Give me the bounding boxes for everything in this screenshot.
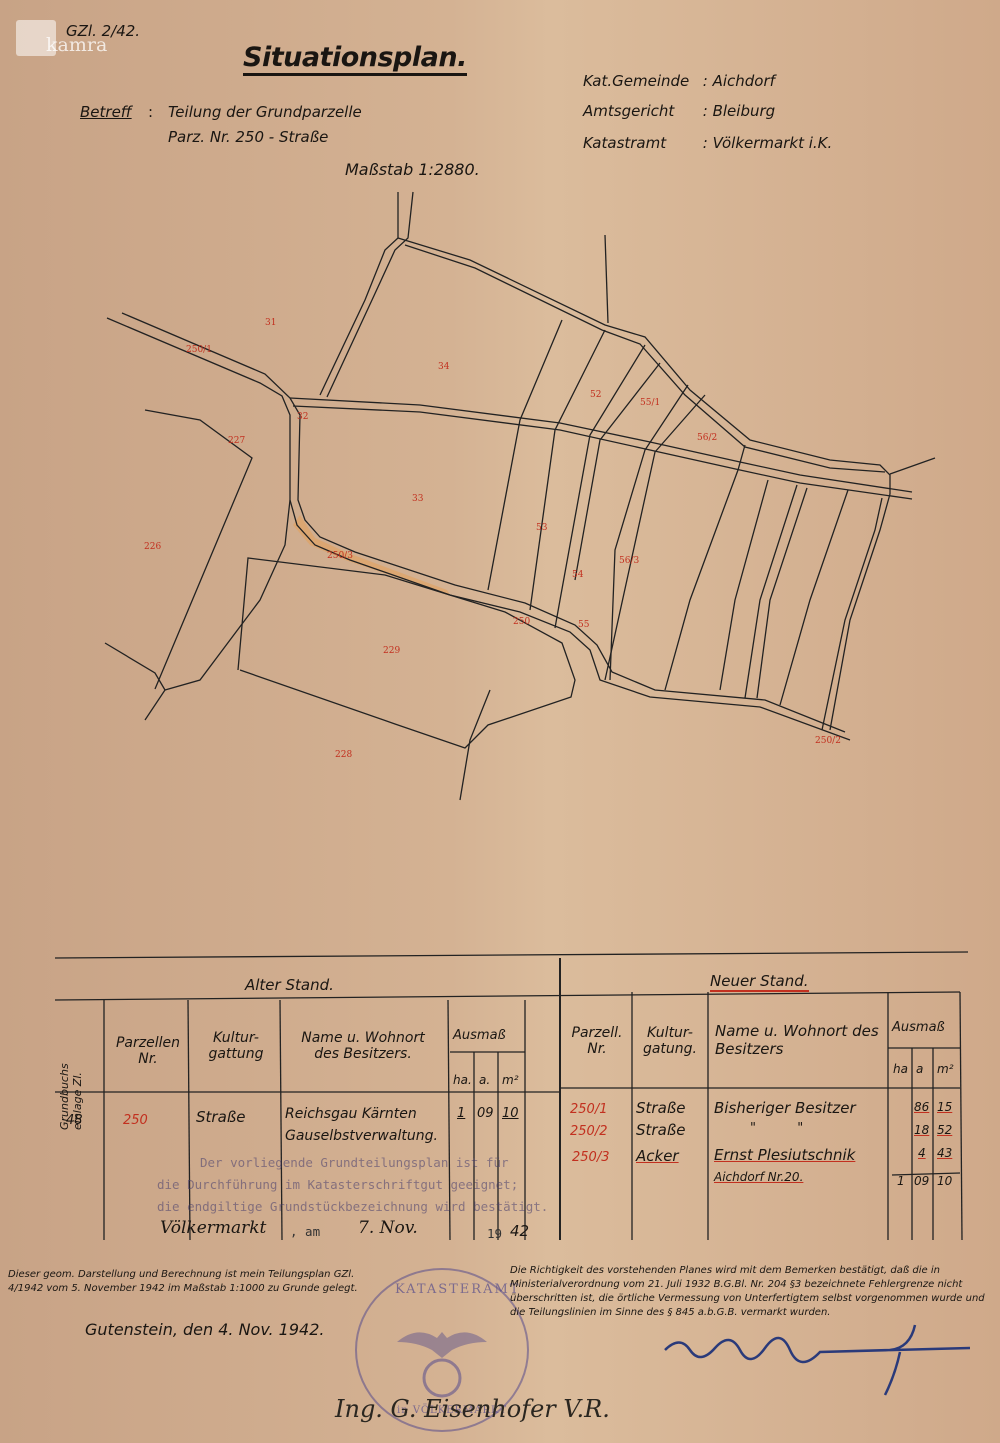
new-row-3-parzelle: 250/3 (572, 1150, 609, 1165)
parcel-label: 250 (513, 617, 530, 627)
right-footer-note: Die Richtigkeit des vorstehenden Planes … (510, 1264, 1000, 1320)
new-col-m2-header: m² (937, 1062, 954, 1076)
new-owner-address: Aichdorf Nr.20. (714, 1170, 803, 1184)
old-name-line2: Gauselbstverwaltung. (285, 1128, 438, 1144)
new-col-ha-header: ha (893, 1062, 908, 1076)
new-row-1-name: Bisheriger Besitzer (714, 1099, 856, 1117)
parcel-labels: 31250/134322275255/156/23322653250/356/3… (0, 0, 1000, 830)
stamp-date: 7. Nov. (358, 1218, 418, 1238)
new-row-1-m2: 15 (937, 1100, 952, 1114)
parcel-label: 250/3 (327, 551, 353, 561)
parcel-label: 54 (572, 570, 583, 580)
alter-stand-heading: Alter Stand. (245, 976, 334, 994)
parcel-label: 53 (536, 523, 547, 533)
parcel-label: 250/2 (815, 736, 841, 746)
stamp-year-prefix: 19 (487, 1226, 502, 1241)
parcel-label: 227 (228, 436, 245, 446)
new-col-kultur-header: Kultur- gatung. (636, 1025, 704, 1057)
col-a-header: a. (479, 1073, 490, 1087)
new-col-a-header: a (916, 1062, 923, 1076)
stamp-place: Völkermarkt (160, 1218, 266, 1238)
new-total-m2: 10 (937, 1174, 952, 1188)
parcel-label: 31 (265, 318, 276, 328)
left-place-date: Gutenstein, den 4. Nov. 1942. (85, 1320, 324, 1339)
parcel-label: 250/1 (186, 345, 212, 355)
stamp-line2: die Durchführung im Katasterschriftgut g… (157, 1177, 518, 1192)
new-col-parzelle-header: Parzell. Nr. (566, 1025, 628, 1057)
parcel-label: 228 (335, 750, 352, 760)
parcel-label: 32 (297, 412, 308, 422)
col-parzellen-header: Parzellen Nr. (112, 1035, 184, 1067)
new-total-a: 09 (914, 1174, 929, 1188)
new-row-3-kultur: Acker (636, 1147, 679, 1165)
new-row-3-a: 4 (918, 1146, 926, 1160)
new-row-2-m2: 52 (937, 1123, 952, 1137)
stamp-am: , am (290, 1224, 320, 1239)
old-kultur-value: Straße (196, 1108, 245, 1126)
stamp-line1: Der vorliegende Grundteilungsplan ist fü… (200, 1155, 509, 1170)
new-total-ha: 1 (897, 1174, 905, 1188)
new-row-3-name: Ernst Plesiutschnik (714, 1146, 855, 1164)
parcel-label: 56/3 (619, 556, 639, 566)
col-name-header: Name u. Wohnort des Besitzers. (288, 1030, 438, 1062)
col-ha-header: ha. (453, 1073, 472, 1087)
old-parzelle-value: 250 (123, 1113, 148, 1128)
stamp-line3: die endgiltige Grundstückbezeichnung wir… (157, 1199, 548, 1214)
new-row-1-kultur: Straße (636, 1099, 685, 1117)
new-row-3-m2: 43 (937, 1146, 952, 1160)
parcel-label: 55/1 (640, 398, 660, 408)
old-name-line1: Reichsgau Kärnten (285, 1106, 417, 1122)
col-ausmass-header: Ausmaß (453, 1028, 506, 1043)
new-row-2-kultur: Straße (636, 1121, 685, 1139)
old-grundbuch-value: 48 (66, 1113, 83, 1128)
parcel-label: 52 (590, 390, 601, 400)
new-col-ausmass-header: Ausmaß (892, 1020, 945, 1035)
signature-right (660, 1320, 980, 1400)
parcel-label: 34 (438, 362, 449, 372)
parcel-label: 226 (144, 542, 161, 552)
new-row-2-a: 18 (914, 1123, 929, 1137)
signature-left: Ing. G. Eisenhofer V.R. (335, 1395, 610, 1423)
parcel-label: 33 (412, 494, 423, 504)
left-footer-note: Dieser geom. Darstellung und Berechnung … (8, 1268, 380, 1296)
stamp-year-suffix: 42 (510, 1222, 529, 1240)
new-row-1-a: 86 (914, 1100, 929, 1114)
parcel-label: 56/2 (697, 433, 717, 443)
new-row-1-parzelle: 250/1 (570, 1102, 607, 1117)
old-ha-value: 1 (457, 1106, 465, 1121)
old-a-value: 09 (477, 1106, 494, 1121)
old-m2-value: 10 (502, 1106, 519, 1121)
col-kultur-header: Kultur- gattung (196, 1030, 276, 1062)
neuer-stand-heading: Neuer Stand. (710, 972, 809, 992)
parcel-label: 229 (383, 646, 400, 656)
col-m2-header: m² (502, 1073, 519, 1087)
seal-top-text: KATASTERAMT (395, 1282, 520, 1297)
new-row-2-name: " " (750, 1121, 803, 1136)
new-col-name-header: Name u. Wohnort des Besitzers (715, 1022, 885, 1058)
parcel-label: 55 (578, 620, 589, 630)
new-row-2-parzelle: 250/2 (570, 1124, 607, 1139)
